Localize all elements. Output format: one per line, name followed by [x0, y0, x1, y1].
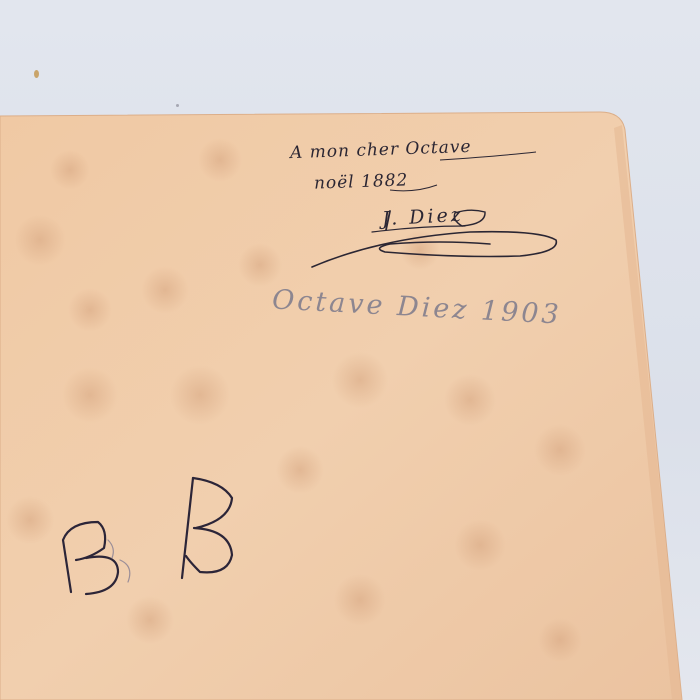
flyleaf-graphic	[0, 0, 700, 700]
book-flyleaf: A mon cher Octave noël 1882 J. Diez Octa…	[0, 0, 700, 700]
dedication-line-2: noël 1882	[314, 170, 409, 193]
signature: J. Diez	[381, 204, 464, 230]
